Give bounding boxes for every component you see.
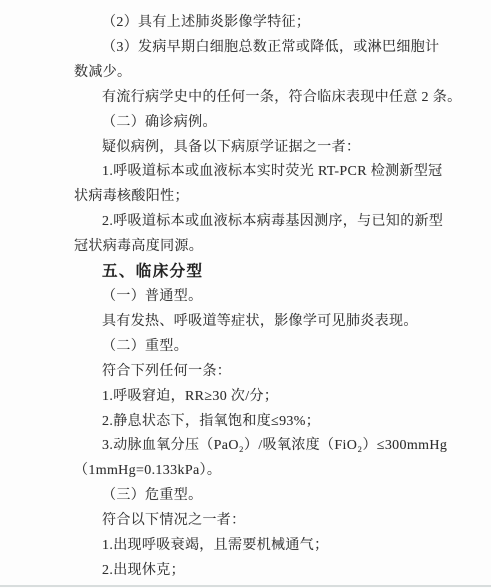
document-line: 符合下列任何一条：: [74, 360, 447, 385]
document-line: 1.出现呼吸衰竭，且需要机械通气；: [74, 534, 447, 559]
document-line: 2.静息状态下，指氧饱和度≤93%；: [74, 410, 447, 435]
section-heading: 五、临床分型: [74, 260, 447, 285]
document-line: 1.呼吸窘迫，RR≥30 次/分；: [74, 385, 447, 410]
document-line: 冠状病毒高度同源。: [74, 235, 447, 260]
document-line: 3.动脉血氧分压（PaO₂）/吸氧浓度（FiO₂）≤300mmHg: [74, 434, 447, 459]
document-line: （3）发病早期白细胞总数正常或降低，或淋巴细胞计: [74, 36, 447, 61]
document-text-block: （2）具有上述肺炎影像学特征； （3）发病早期白细胞总数正常或降低，或淋巴细胞计…: [0, 0, 491, 584]
document-line: 有流行病学史中的任何一条，符合临床表现中任意 2 条。: [74, 86, 447, 111]
document-line: 状病毒核酸阳性；: [74, 185, 447, 210]
document-line: 2.出现休克；: [74, 559, 447, 584]
document-line: （一）普通型。: [74, 285, 447, 310]
page-bottom-edge: [0, 585, 491, 587]
document-line: （二）确诊病例。: [74, 111, 447, 136]
document-page: （2）具有上述肺炎影像学特征； （3）发病早期白细胞总数正常或降低，或淋巴细胞计…: [0, 0, 491, 588]
document-line: 数减少。: [74, 61, 447, 86]
document-line: （1mmHg=0.133kPa）。: [74, 459, 447, 484]
document-line: 符合以下情况之一者：: [74, 509, 447, 534]
document-line: 2.呼吸道标本或血液标本病毒基因测序，与已知的新型: [74, 210, 447, 235]
document-line: （2）具有上述肺炎影像学特征；: [74, 11, 447, 36]
document-line: 具有发热、呼吸道等症状，影像学可见肺炎表现。: [74, 310, 447, 335]
document-line: （二）重型。: [74, 335, 447, 360]
document-line: 1.呼吸道标本或血液标本实时荧光 RT-PCR 检测新型冠: [74, 160, 447, 185]
document-line: （三）危重型。: [74, 484, 447, 509]
document-line: 疑似病例，具备以下病原学证据之一者：: [74, 136, 447, 161]
